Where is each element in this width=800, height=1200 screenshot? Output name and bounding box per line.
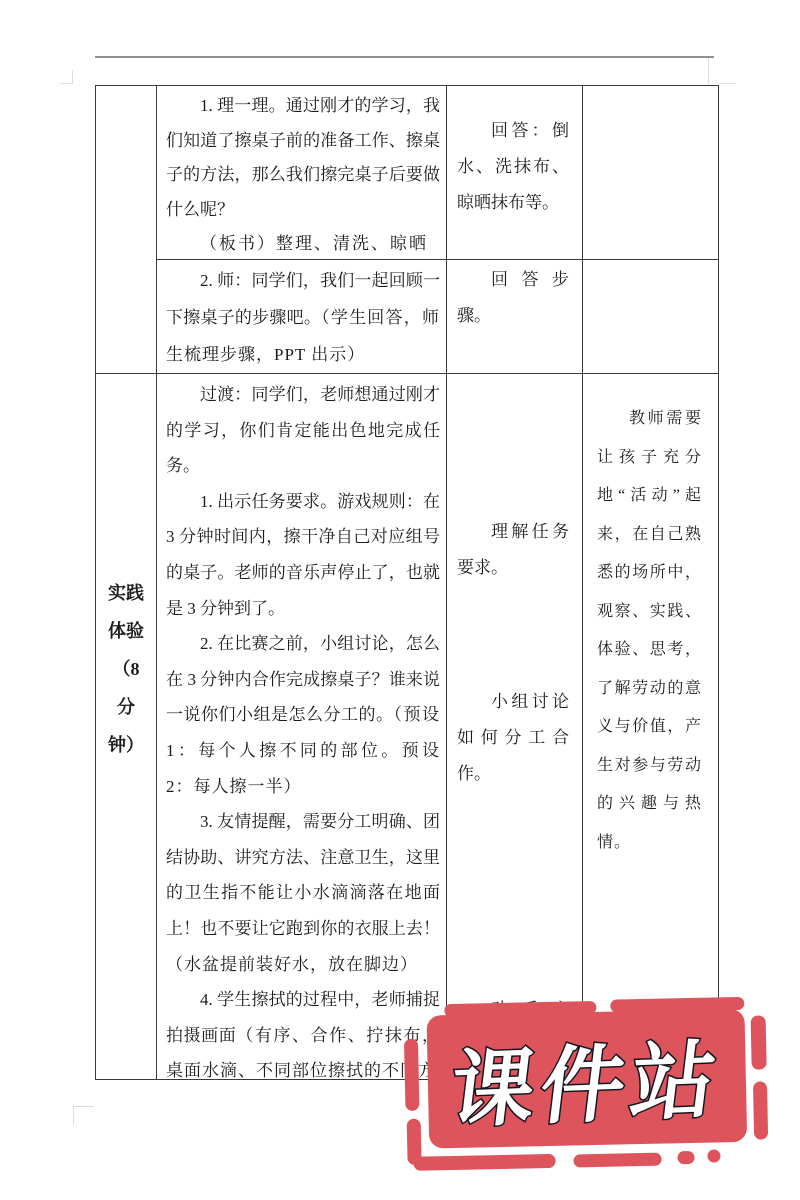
lesson-plan-table: 1. 理一理。通过刚才的学习，我们知道了擦桌子前的准备工作、擦桌子的方法，那么我… [95,85,719,1080]
kejianzhan-stamp-watermark: 课件站 [398,991,792,1181]
design-intent-cell-row1 [582,86,718,259]
stamp-frame-stroke [753,1081,768,1139]
text-boundary-mark [59,83,72,84]
teacher-paragraph: 2. 师：同学们，我们一起回顾一下擦桌子的步骤吧。（学生回答，师生梳理步骤，PP… [166,262,440,373]
stamp-frame-dot [677,1151,694,1164]
text-boundary-mark [73,1106,94,1107]
document-page: 1. 理一理。通过刚才的学习，我们知道了擦桌子前的准备工作、擦桌子的方法，那么我… [0,0,800,1200]
design-intent-cell-row3: 教师需要让孩子充分地“活动”起来，在自己熟悉的场所中，观察、实践、体验、思考，了… [582,373,718,1079]
stamp-frame-dot [707,1149,720,1162]
text-boundary-mark [73,1106,74,1125]
teacher-paragraph: 1. 出示任务要求。游戏规则：在 3 分钟时间内，擦干净自己对应组号的桌子。老师… [166,484,440,626]
stamp-frame-stroke [404,1039,420,1111]
text-boundary-mark [718,83,736,84]
design-intent-paragraph: 教师需要让孩子充分地“活动”起来，在自己熟悉的场所中，观察、实践、体验、思考，了… [597,400,702,862]
teacher-activity-cell-row3: 过渡：同学们，老师想通过刚才的学习，你们肯定能出色地完成任务。 1. 出示任务要… [156,373,446,1079]
stamp-frame-stroke [751,1015,767,1069]
student-paragraph: 小组讨论如何分工合作。 [457,684,569,792]
student-paragraph: 回答：倒水、洗抹布、晾晒抹布等。 [457,113,569,221]
text-boundary-mark [708,58,709,84]
teacher-paragraph: 过渡：同学们，老师想通过刚才的学习，你们肯定能出色地完成任务。 [166,377,440,484]
teacher-activity-cell-row2: 2. 师：同学们，我们一起回顾一下擦桌子的步骤吧。（学生回答，师生梳理步骤，PP… [156,259,446,373]
student-paragraph: 回答步骤。 [457,262,569,334]
student-paragraph: 理解任务要求。 [457,514,569,586]
stage-cell-empty [96,86,156,373]
text-boundary-mark [72,70,73,84]
teacher-note: （水盆提前装好水，放在脚边） [166,955,418,974]
student-activity-cell-row1: 回答：倒水、洗抹布、晾晒抹布等。 [446,86,582,259]
stamp-text: 课件站 [444,1013,729,1145]
teacher-activity-cell-row1: 1. 理一理。通过刚才的学习，我们知道了擦桌子前的准备工作、擦桌子的方法，那么我… [156,86,446,259]
page-separator-line [95,56,714,58]
stamp-body: 课件站 [426,1009,747,1149]
student-activity-cell-row2: 回答步骤。 [446,259,582,373]
design-intent-cell-row2 [582,259,718,373]
teacher-paragraph: 2. 在比赛之前，小组讨论，怎么在 3 分钟内合作完成擦桌子？谁来说一说你们小组… [166,626,440,804]
stage-label-cell: 实践 体验 （8 分 钟） [96,373,156,1079]
teacher-paragraph: 3. 友情提醒，需要分工明确、团结协助、讲究方法、注意卫生，这里的卫生指不能让小… [166,804,440,982]
teacher-paragraph: 1. 理一理。通过刚才的学习，我们知道了擦桌子前的准备工作、擦桌子的方法，那么我… [166,89,440,227]
board-writing-note: （板书）整理、清洗、晾晒 [166,227,440,259]
student-activity-cell-row3: 理解任务要求。 小组讨论如何分工合作。 动手实践。 [446,373,582,1079]
stamp-frame-stroke [413,1154,555,1171]
stamp-frame-stroke [573,1153,661,1168]
teacher-text: 3. 友情提醒，需要分工明确、团结协助、讲究方法、注意卫生，这里的卫生指不能让小… [166,812,440,938]
